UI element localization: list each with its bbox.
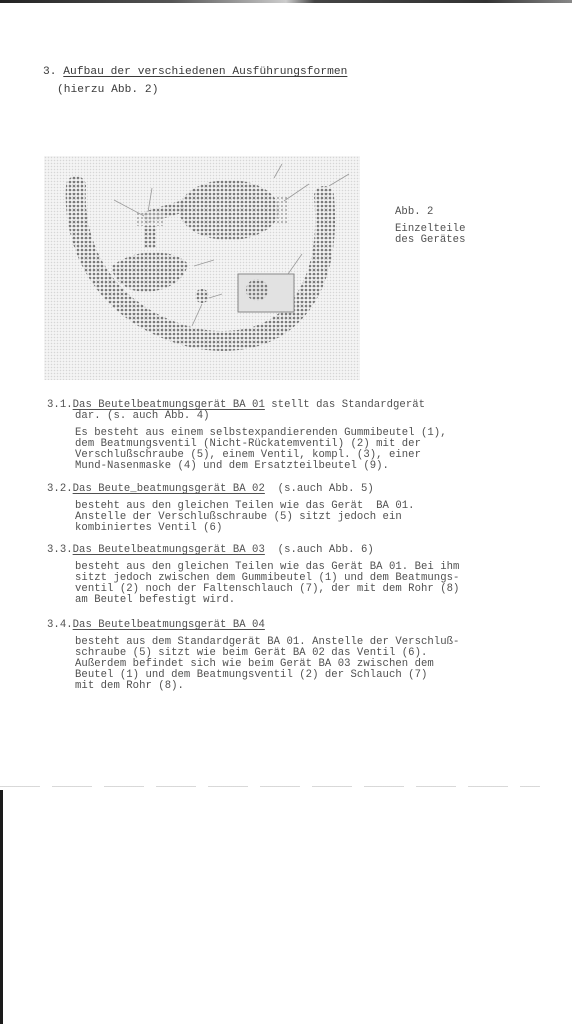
section-number: 3. (43, 66, 57, 78)
body-line: kombiniertes Ventil (6) (75, 523, 222, 535)
subsection-number: 3.3. (47, 544, 73, 556)
section-title-text: Aufbau der verschiedenen Ausführungsform… (63, 66, 347, 78)
ventilator-parts-illustration (44, 156, 360, 380)
subsection-3-2-heading: 3.2.Das Beute_beatmungsgerät BA 02 (s.au… (47, 484, 374, 496)
subsection-title-suffix: (s.auch Abb. 6) (265, 544, 374, 556)
subsection-number: 3.4. (47, 619, 73, 631)
subsection-3-4-heading: 3.4.Das Beutelbeatmungsgerät BA 04 (47, 620, 265, 632)
subsection-title: Das Beutelbeatmungsgerät BA 04 (73, 619, 265, 631)
body-line: dar. (s. auch Abb. 4) (75, 411, 210, 423)
subsection-number: 3.2. (47, 483, 73, 495)
figure-photo (44, 156, 360, 380)
section-title: 3. Aufbau der verschiedenen Ausführungsf… (43, 67, 347, 79)
scan-top-edge (0, 0, 572, 3)
body-line: Mund-Nasenmaske (4) und dem Ersatzteilbe… (75, 461, 389, 473)
body-line: am Beutel befestigt wird. (75, 595, 235, 607)
subsection-title-suffix: (s.auch Abb. 5) (265, 483, 374, 495)
body-line: mit dem Rohr (8). (75, 681, 184, 693)
figure-caption-line: des Gerätes (395, 235, 465, 247)
scan-fold-line (0, 786, 540, 787)
subsection-number: 3.1. (47, 399, 73, 411)
section-note: (hierzu Abb. 2) (57, 85, 158, 97)
rubber-bag (179, 180, 279, 240)
figure-label: Abb. 2 (395, 207, 433, 219)
scan-left-edge (0, 790, 3, 1024)
subsection-title: Das Beute_beatmungsgerät BA 02 (73, 483, 265, 495)
subsection-3-3-heading: 3.3.Das Beutelbeatmungsgerät BA 03 (s.au… (47, 545, 374, 557)
subsection-title-suffix: stellt das Standardgerät (265, 399, 425, 411)
face-mask (112, 252, 188, 291)
subsection-title: Das Beutelbeatmungsgerät BA 03 (73, 544, 265, 556)
small-valve (195, 289, 209, 303)
